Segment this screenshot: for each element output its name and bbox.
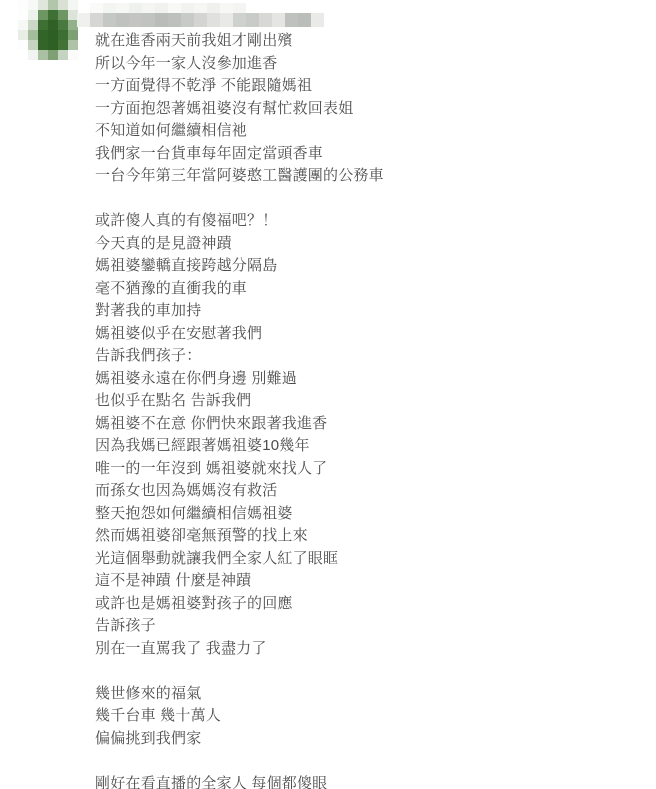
text-line: 一方面抱怨著媽祖婆沒有幫忙救回表姐 [95, 98, 635, 121]
mosaic-cell [28, 10, 38, 20]
mosaic-cell [28, 50, 38, 60]
mosaic-cell [259, 13, 272, 27]
mosaic-cell [48, 20, 58, 30]
mosaic-cell [220, 3, 233, 13]
mosaic-cell [68, 30, 78, 40]
text-line: 這不是神蹟 什麼是神蹟 [95, 570, 635, 593]
mosaic-cell [58, 10, 68, 20]
mosaic-cell [38, 30, 48, 40]
mosaic-cell [28, 0, 38, 10]
mosaic-cell [129, 13, 142, 27]
text-line: 媽祖婆鑾轎直接跨越分隔島 [95, 255, 635, 278]
mosaic-cell [116, 13, 129, 27]
mosaic-cell [155, 3, 168, 13]
mosaic-cell [38, 10, 48, 20]
mosaic-cell [58, 40, 68, 50]
text-line: 唯一的一年沒到 媽祖婆就來找人了 [95, 458, 635, 481]
text-line: 媽祖婆似乎在安慰著我們 [95, 323, 635, 346]
text-line: 媽祖婆永遠在你們身邊 別難過 [95, 368, 635, 391]
mosaic-cell [233, 3, 246, 13]
mosaic-cell [28, 40, 38, 50]
mosaic-cell [28, 20, 38, 30]
avatar[interactable] [18, 0, 78, 60]
mosaic-cell [58, 30, 68, 40]
mosaic-cell [48, 50, 58, 60]
mosaic-cell [38, 50, 48, 60]
mosaic-cell [155, 13, 168, 27]
mosaic-cell [181, 13, 194, 27]
mosaic-cell [48, 0, 58, 10]
mosaic-cell [48, 30, 58, 40]
mosaic-cell [194, 13, 207, 27]
mosaic-cell [90, 3, 103, 13]
text-line: 我們家一台貨車每年固定當頭香車 [95, 143, 635, 166]
text-line: 別在一直罵我了 我盡力了 [95, 638, 635, 661]
text-line: 偏偏挑到我們家 [95, 728, 635, 751]
text-line: 媽祖婆不在意 你們快來跟著我進香 [95, 413, 635, 436]
paragraph: 剛好在看直播的全家人 每個都傻眼 [95, 773, 635, 789]
mosaic-cell [18, 20, 28, 30]
text-line: 因為我媽已經跟著媽祖婆10幾年 [95, 435, 635, 458]
text-line: 對著我的車加持 [95, 300, 635, 323]
paragraph: 幾世修來的福氣幾千台車 幾十萬人偏偏挑到我們家 [95, 683, 635, 751]
text-line: 而孫女也因為媽媽沒有救活 [95, 480, 635, 503]
mosaic-cell [90, 13, 103, 27]
mosaic-cell [103, 3, 116, 13]
text-line: 一台今年第三年當阿婆憨工醫護團的公務車 [95, 165, 635, 188]
mosaic-cell [18, 50, 28, 60]
mosaic-cell [129, 3, 142, 13]
text-line: 告訴我們孩子： [95, 345, 635, 368]
text-line: 然而媽祖婆卻毫無預警的找上來 [95, 525, 635, 548]
mosaic-cell [68, 40, 78, 50]
text-line: 或許傻人真的有傻福吧？！ [95, 210, 635, 233]
text-line: 就在進香兩天前我姐才剛出殯 [95, 30, 635, 53]
mosaic-cell [285, 13, 298, 27]
mosaic-cell [103, 13, 116, 27]
post-text: 就在進香兩天前我姐才剛出殯所以今年一家人沒參加進香一方面覺得不乾淨 不能跟隨媽祖… [95, 30, 635, 789]
mosaic-cell [18, 40, 28, 50]
mosaic-cell [68, 50, 78, 60]
mosaic-cell [18, 0, 28, 10]
text-line: 整天抱怨如何繼續相信媽祖婆 [95, 503, 635, 526]
mosaic-cell [298, 13, 311, 27]
mosaic-cell [233, 13, 246, 27]
mosaic-cell [311, 13, 324, 27]
mosaic-cell [194, 3, 207, 13]
mosaic-cell [142, 3, 155, 13]
mosaic-cell [207, 3, 220, 13]
text-line: 今天真的是見證神蹟 [95, 233, 635, 256]
mosaic-cell [18, 10, 28, 20]
mosaic-cell [58, 0, 68, 10]
mosaic-cell [58, 50, 68, 60]
mosaic-cell [272, 13, 285, 27]
mosaic-cell [48, 10, 58, 20]
mosaic-cell [168, 3, 181, 13]
author-name-blur-top [90, 3, 246, 13]
text-line: 剛好在看直播的全家人 每個都傻眼 [95, 773, 635, 789]
text-line: 告訴孩子 [95, 615, 635, 638]
text-line: 所以今年一家人沒參加進香 [95, 53, 635, 76]
mosaic-cell [207, 13, 220, 27]
mosaic-cell [58, 20, 68, 30]
text-line: 不知道如何繼續相信祂 [95, 120, 635, 143]
author-name-blurred[interactable] [77, 13, 324, 27]
mosaic-cell [181, 3, 194, 13]
mosaic-cell [38, 0, 48, 10]
mosaic-cell [220, 13, 233, 27]
mosaic-cell [68, 0, 78, 10]
text-line: 也似乎在點名 告訴我們 [95, 390, 635, 413]
mosaic-cell [168, 13, 181, 27]
mosaic-cell [142, 13, 155, 27]
mosaic-cell [116, 3, 129, 13]
mosaic-cell [28, 30, 38, 40]
text-line: 幾千台車 幾十萬人 [95, 705, 635, 728]
paragraph: 就在進香兩天前我姐才剛出殯所以今年一家人沒參加進香一方面覺得不乾淨 不能跟隨媽祖… [95, 30, 635, 188]
text-line: 光這個舉動就讓我們全家人紅了眼眶 [95, 548, 635, 571]
text-line: 或許也是媽祖婆對孩子的回應 [95, 593, 635, 616]
text-line: 毫不猶豫的直衝我的車 [95, 278, 635, 301]
mosaic-cell [77, 13, 90, 27]
mosaic-cell [38, 20, 48, 30]
text-line: 一方面覺得不乾淨 不能跟隨媽祖 [95, 75, 635, 98]
paragraph: 或許傻人真的有傻福吧？！今天真的是見證神蹟媽祖婆鑾轎直接跨越分隔島毫不猶豫的直衝… [95, 210, 635, 660]
mosaic-cell [48, 40, 58, 50]
mosaic-cell [38, 40, 48, 50]
mosaic-cell [246, 13, 259, 27]
mosaic-cell [18, 30, 28, 40]
text-line: 幾世修來的福氣 [95, 683, 635, 706]
